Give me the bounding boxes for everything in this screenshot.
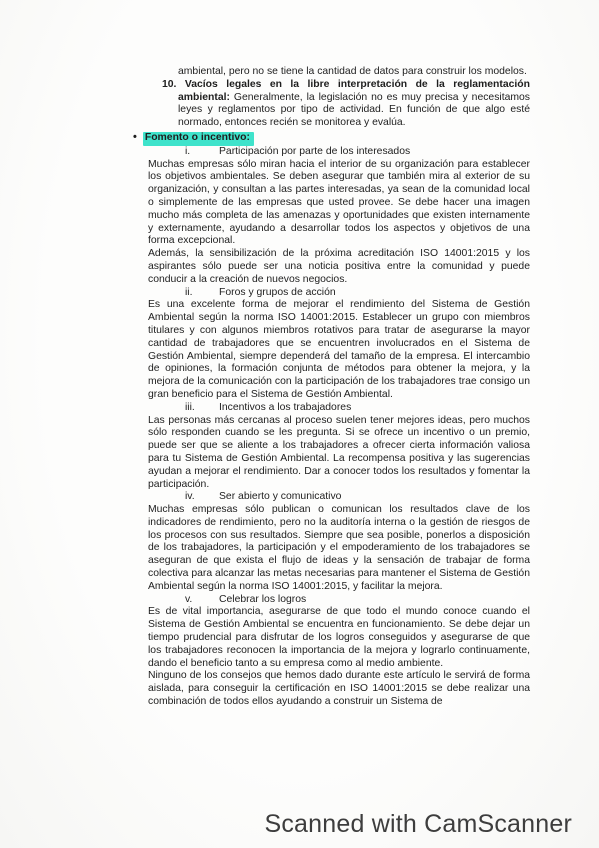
- section-title: Incentivos a los trabajadores: [219, 402, 351, 415]
- section-title: Celebrar los logros: [219, 594, 306, 607]
- section-title: Ser abierto y comunicativo: [219, 491, 341, 504]
- section-ii-paragraph: Es una excelente forma de mejorar el ren…: [148, 299, 530, 401]
- section-heading-v: v. Celebrar los logros: [185, 594, 530, 607]
- section-i-paragraph-2: Además, la sensibilización de la próxima…: [148, 248, 530, 286]
- section-title: Participación por parte de los interesad…: [219, 146, 410, 159]
- section-heading-iv: iv. Ser abierto y comunicativo: [185, 491, 530, 504]
- numbered-item-10: 10. Vacíos legales en la libre interpret…: [133, 79, 530, 130]
- section-title: Foros y grupos de acción: [219, 287, 336, 300]
- section-numeral: i.: [185, 146, 219, 159]
- section-iii-paragraph: Las personas más cercanas al proceso sue…: [148, 415, 530, 492]
- bullet-item-fomento: • Fomento o incentivo:: [133, 131, 530, 146]
- item-10-number: 10.: [162, 79, 185, 90]
- section-heading-iii: iii. Incentivos a los trabajadores: [185, 402, 530, 415]
- section-numeral: ii.: [185, 287, 219, 300]
- section-numeral: v.: [185, 594, 219, 607]
- bullet-icon: •: [133, 131, 137, 144]
- section-i-paragraph-1: Muchas empresas sólo miran hacia el inte…: [148, 159, 530, 249]
- highlighted-label: Fomento o incentivo:: [143, 132, 254, 146]
- scanned-document-page: ambiental, pero no se tiene la cantidad …: [0, 0, 599, 848]
- section-numeral: iii.: [185, 402, 219, 415]
- document-text-column: ambiental, pero no se tiene la cantidad …: [133, 66, 530, 709]
- continuation-paragraph: ambiental, pero no se tiene la cantidad …: [178, 66, 530, 79]
- section-iv-paragraph: Muchas empresas sólo publican o comunica…: [148, 504, 530, 594]
- closing-paragraph: Ninguno de los consejos que hemos dado d…: [148, 670, 530, 708]
- camscanner-watermark: Scanned with CamScanner: [264, 810, 572, 839]
- section-v-paragraph: Es de vital importancia, asegurarse de q…: [148, 606, 530, 670]
- section-heading-i: i. Participación por parte de los intere…: [185, 146, 530, 159]
- section-numeral: iv.: [185, 491, 219, 504]
- section-heading-ii: ii. Foros y grupos de acción: [185, 287, 530, 300]
